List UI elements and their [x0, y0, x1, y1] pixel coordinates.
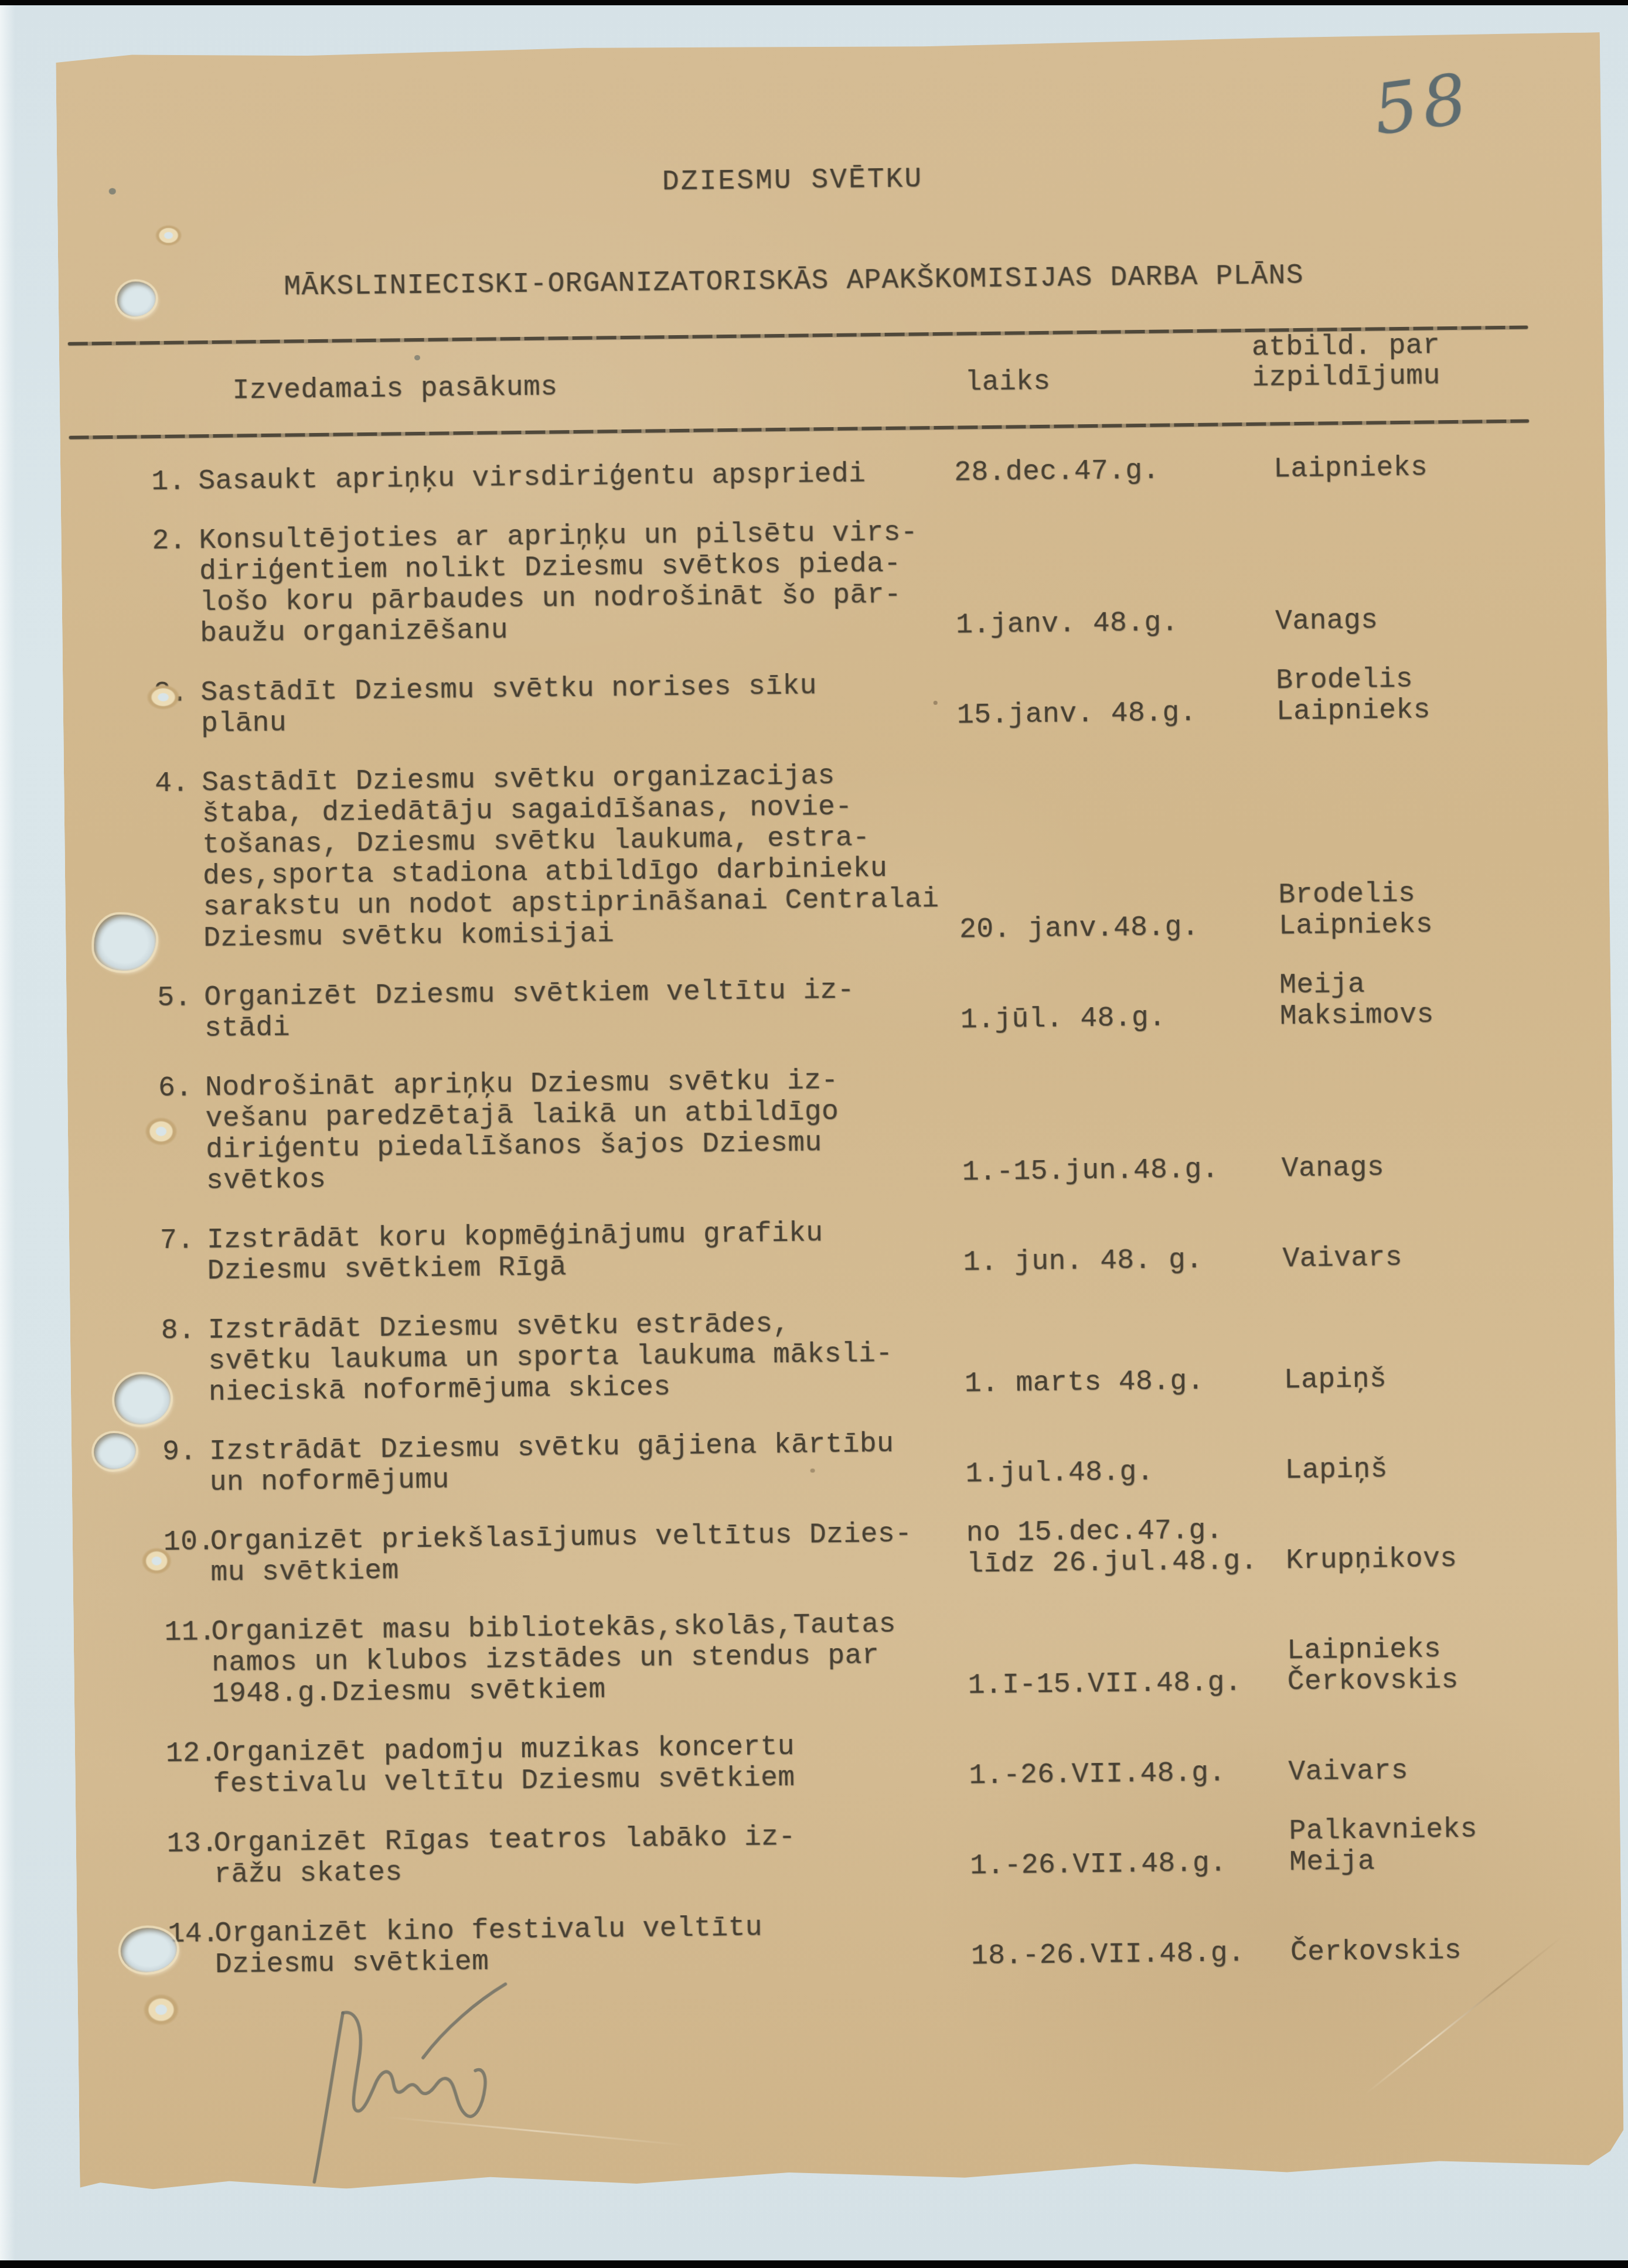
punch-hole — [94, 1433, 137, 1470]
row-activity: Organizēt Rīgas teatros labāko iz- rāžu … — [213, 1820, 970, 1891]
table-row: 13.Organizēt Rīgas teatros labāko iz- rā… — [166, 1813, 1609, 1891]
punch-hole-tear — [139, 679, 188, 716]
row-time: 15.janv. 48.g. — [956, 666, 1276, 731]
row-activity: Organizēt priekšlasījumus veltītus Dzies… — [210, 1519, 967, 1590]
punch-hole-tear — [135, 1541, 179, 1581]
signature-stroke — [423, 1984, 506, 2058]
row-responsible: Vaivars — [1288, 1723, 1608, 1788]
row-number: 13. — [166, 1829, 214, 1891]
row-time: 1. marts 48.g. — [963, 1303, 1284, 1400]
row-time: 1.jūl. 48.g. — [960, 970, 1280, 1036]
row-number: 1. — [151, 466, 199, 498]
table-row: 4.Sastādīt Dziesmu svētku organizacijas … — [155, 752, 1598, 955]
row-activity: Konsultējoties ar apriņķu un pilsētu vir… — [199, 517, 956, 650]
row-responsible: Palkavnieks Meija — [1289, 1813, 1609, 1878]
row-time: 1.-26.VII.48.g. — [969, 1816, 1289, 1882]
row-activity: Izstrādāt Dziesmu svētku gājiena kārtību… — [209, 1428, 966, 1499]
row-number: 12. — [166, 1738, 213, 1801]
table-header-rule — [69, 420, 1529, 439]
row-responsible: Vaivars — [1282, 1209, 1602, 1275]
row-responsible: Vanags — [1280, 1057, 1601, 1185]
table-row: 9.Izstrādāt Dziesmu svētku gājiena kārtī… — [162, 1421, 1605, 1499]
row-activity: Izstrādāt Dziesmu svētku estrādes, svētk… — [208, 1307, 965, 1409]
row-time: no 15.dec.47.g. līdz 26.jul.48.g. — [966, 1515, 1286, 1580]
table-row: 12.Organizēt padomju muzikas koncertu fe… — [166, 1723, 1608, 1801]
row-responsible: Brodelis Laipnieks — [1276, 662, 1596, 728]
row-activity: Sastādīt Dziesmu svētku organizacijas št… — [202, 760, 960, 955]
row-responsible: Lapiņš — [1283, 1300, 1603, 1396]
row-time: 1.-15.jun.48.g. — [961, 1060, 1282, 1188]
row-activity: Sasaukt apriņķu virsdiriģentu apspriedi — [198, 458, 955, 498]
row-number: 4. — [155, 768, 204, 955]
table-row: 10.Organizēt priekšlasījumus veltītus Dz… — [164, 1511, 1606, 1590]
table-row: 11.Organizēt masu bibliotekās,skolās,Tau… — [164, 1601, 1607, 1711]
row-activity: Nodrošināt apriņķu Dziesmu svētku iz- ve… — [205, 1065, 962, 1198]
column-header-time: laiks — [965, 367, 1051, 399]
column-header-responsible-line1: atbild. par — [1252, 330, 1440, 364]
row-responsible: Laipnieks Čerkovskis — [1286, 1601, 1607, 1698]
row-number: 5. — [157, 983, 205, 1045]
document-page: DZIESMU SVĒTKU MĀKSLINIECISKI-ORGANIZATO… — [56, 32, 1624, 2194]
column-header-activity: Izvedamais pasākums — [232, 372, 557, 407]
row-responsible: Brodelis Laipnieks — [1277, 752, 1599, 942]
table-body: 1.Sasaukt apriņķu virsdiriģentu apspried… — [151, 451, 1610, 2010]
punch-hole-tear — [138, 1111, 185, 1152]
row-number: 2. — [152, 526, 200, 650]
row-activity: Organizēt padomju muzikas koncertu festi… — [213, 1730, 969, 1801]
row-activity: Organizēt Dziesmu svētkiem veltītu iz- s… — [204, 974, 961, 1045]
signature-stroke — [312, 2013, 345, 2182]
ink-speck — [109, 188, 116, 195]
pencil-signature — [253, 1973, 531, 2193]
column-header-responsible-line2: izpildījumu — [1252, 360, 1440, 394]
row-activity: Organizēt kino festivalu veltītu Dziesmu… — [214, 1910, 971, 1981]
row-time: 1.I-15.VII.48.g. — [967, 1605, 1288, 1701]
row-responsible: Krupņikovs — [1286, 1511, 1606, 1577]
row-number: 7. — [160, 1225, 207, 1288]
punch-hole-tear — [149, 220, 188, 251]
document-title-line2: MĀKSLINIECISKI-ORGANIZATORISKĀS APAKŠKOM… — [58, 258, 1529, 306]
row-time: 28.dec.47.g. — [954, 454, 1274, 489]
ink-speck — [414, 355, 420, 360]
table-row: 5.Organizēt Dziesmu svētkiem veltītu iz-… — [157, 967, 1599, 1045]
punch-hole — [94, 914, 156, 971]
punch-hole — [117, 281, 156, 317]
table-row: 7.Izstrādāt koru kopmēģinājumu grafiku D… — [160, 1209, 1602, 1288]
table-row: 1.Sasaukt apriņķu virsdiriģentu apspried… — [151, 451, 1593, 498]
row-time: 1.janv. 48.g. — [955, 513, 1275, 641]
row-time: 1. jun. 48. g. — [963, 1213, 1283, 1278]
row-number: 11. — [164, 1617, 212, 1711]
column-header-responsible: atbild. par izpildījumu — [1252, 330, 1440, 394]
ink-speck — [934, 701, 938, 705]
row-time: 1.jul.48.g. — [965, 1424, 1285, 1490]
row-number: 9. — [162, 1437, 210, 1499]
table-row: 3.Sastādīt Dziesmu svētku norises sīku p… — [154, 662, 1596, 741]
row-time: 18.-26.VII.48.g. — [970, 1907, 1290, 1972]
row-responsible: Vanags — [1274, 510, 1595, 637]
row-responsible: Laipnieks — [1273, 451, 1593, 485]
handwritten-page-number: 58 — [1369, 57, 1476, 151]
table-row: 14.Organizēt kino festivalu veltītu Dzie… — [168, 1903, 1610, 1981]
row-activity: Izstrādāt koru kopmēģinājumu grafiku Dzi… — [207, 1217, 963, 1288]
row-responsible: Meija Maksimovs — [1279, 967, 1599, 1032]
ink-speck — [810, 1468, 815, 1472]
table-row: 6.Nodrošināt apriņķu Dziesmu svētku iz- … — [158, 1057, 1601, 1198]
row-activity: Organizēt masu bibliotekās,skolās,Tautas… — [211, 1609, 968, 1711]
table-row: 2.Konsultējoties ar apriņķu un pilsētu v… — [152, 510, 1595, 650]
punch-hole-tear — [135, 1987, 188, 2033]
row-time: 1.-26.VII.48.g. — [969, 1726, 1289, 1792]
row-responsible: Lapiņš — [1285, 1421, 1605, 1486]
document-title-line1: DZIESMU SVĒTKU — [57, 158, 1528, 205]
row-activity: Sastādīt Dziesmu svētku norises sīku plā… — [200, 670, 957, 741]
table-row: 8.Izstrādāt Dziesmu svētku estrādes, svē… — [161, 1300, 1604, 1409]
signature-stroke — [343, 2011, 486, 2118]
row-time: 20. janv.48.g. — [958, 756, 1279, 946]
